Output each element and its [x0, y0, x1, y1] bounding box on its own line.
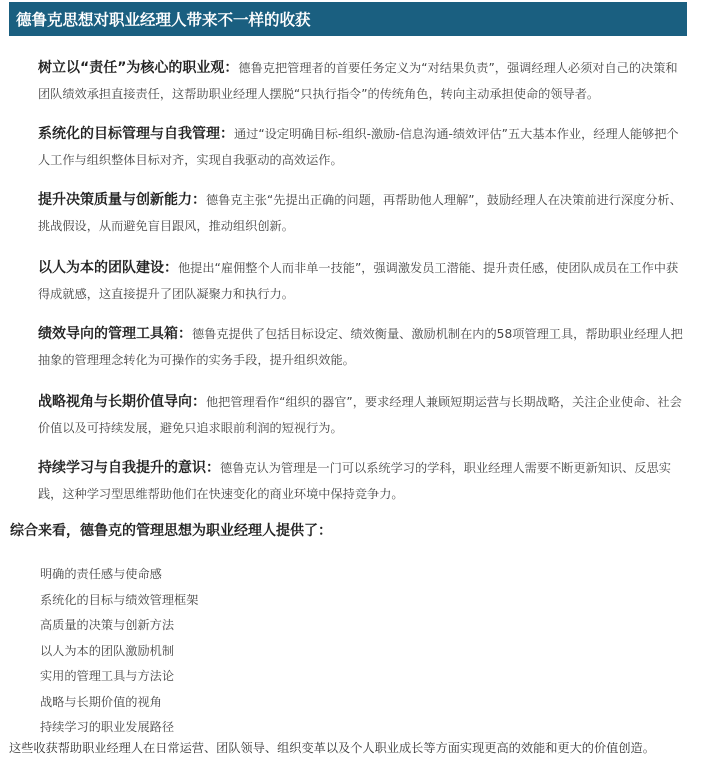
benefit-title: 以人为本的团队建设：: [38, 260, 178, 276]
list-item: 以人为本的团队激励机制: [40, 643, 198, 669]
benefit-item-team-building: 以人为本的团队建设：他提出“雇佣整个人而非单一技能”，强调激发员工潜能、提升责任…: [38, 255, 688, 307]
benefit-item-responsibility: 树立以“责任”为核心的职业观：德鲁克把管理者的首要任务定义为“对结果负责”，强调…: [38, 55, 688, 107]
closing-statement: 这些收获帮助职业经理人在日常运营、团队领导、组织变革以及个人职业成长等方面实现更…: [9, 739, 655, 757]
list-item: 明确的责任感与使命感: [40, 566, 198, 592]
takeaway-list: 明确的责任感与使命感 系统化的目标与绩效管理框架 高质量的决策与创新方法 以人为…: [40, 566, 198, 745]
list-item: 战略与长期价值的视角: [40, 694, 198, 720]
benefit-item-goal-management: 系统化的目标管理与自我管理：通过“设定明确目标-组织-激励-信息沟通-绩效评估”…: [38, 121, 688, 173]
benefit-item-decision-innovation: 提升决策质量与创新能力：德鲁克主张“先提出正确的问题，再帮助他人理解”，鼓励经理…: [38, 187, 688, 239]
benefit-title: 战略视角与长期价值导向：: [38, 394, 206, 410]
benefit-title: 系统化的目标管理与自我管理：: [38, 126, 234, 142]
benefit-title: 树立以“责任”为核心的职业观：: [38, 60, 238, 76]
benefit-title: 提升决策质量与创新能力：: [38, 192, 206, 208]
page-title: 德鲁克思想对职业经理人带来不一样的收获: [16, 8, 311, 30]
list-item: 实用的管理工具与方法论: [40, 668, 198, 694]
section-header: 德鲁克思想对职业经理人带来不一样的收获: [9, 2, 687, 36]
benefit-item-continuous-learning: 持续学习与自我提升的意识：德鲁克认为管理是一门可以系统学习的学科，职业经理人需要…: [38, 455, 688, 507]
benefit-title: 绩效导向的管理工具箱：: [38, 326, 192, 342]
list-item: 系统化的目标与绩效管理框架: [40, 592, 198, 618]
benefit-title: 持续学习与自我提升的意识：: [38, 460, 220, 476]
benefit-item-toolbox: 绩效导向的管理工具箱：德鲁克提供了包括目标设定、绩效衡量、激励机制在内的58项管…: [38, 321, 688, 373]
benefit-item-strategic-view: 战略视角与长期价值导向：他把管理看作“组织的器官”，要求经理人兼顾短期运营与长期…: [38, 389, 688, 441]
summary-heading: 综合来看，德鲁克的管理思想为职业经理人提供了：: [10, 521, 332, 541]
list-item: 高质量的决策与创新方法: [40, 617, 198, 643]
